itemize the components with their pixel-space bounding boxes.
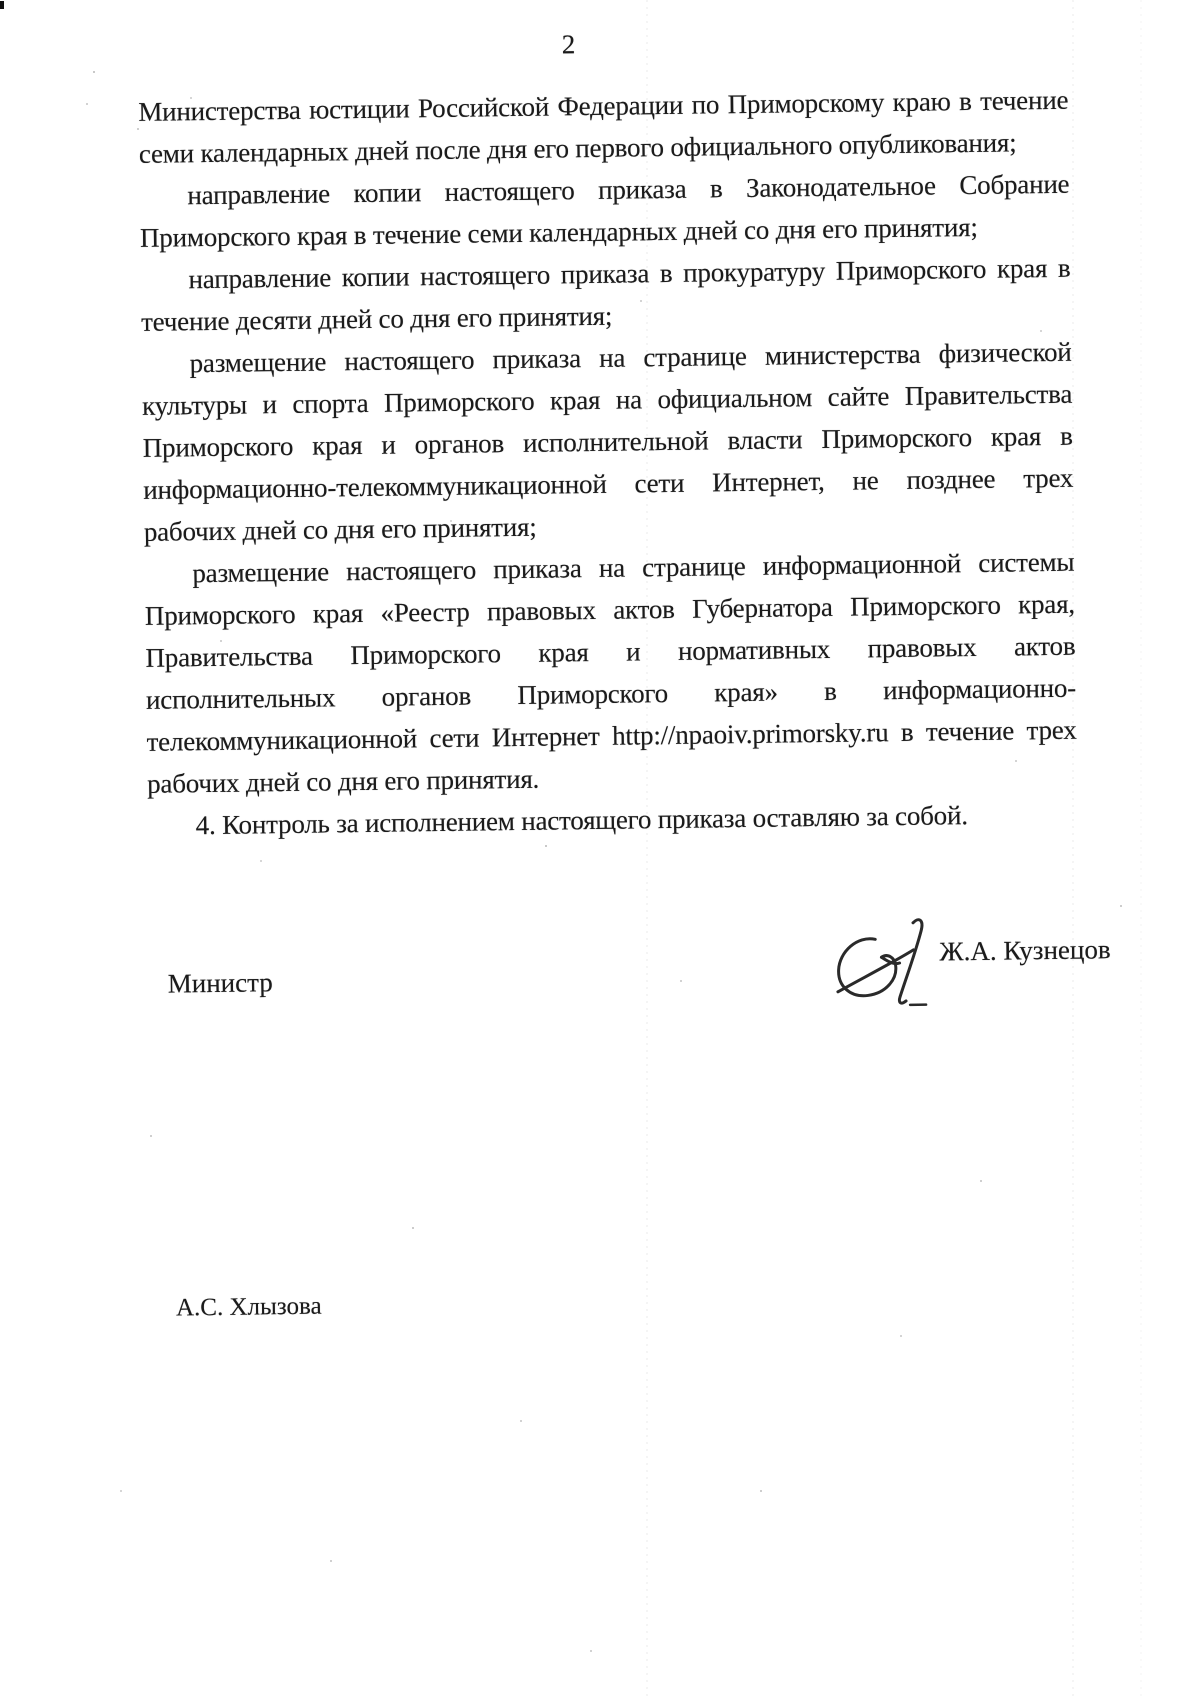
paragraph: Министерства юстиции Российской Федераци…: [138, 79, 1069, 175]
reviewer-name: А.С. Хлызова: [176, 1293, 322, 1323]
paragraph: размещение настоящего приказа на страниц…: [141, 331, 1074, 553]
handwritten-signature-icon: [829, 916, 950, 1010]
signatory-name: Ж.А. Кузнецов: [939, 934, 1111, 967]
scanned-document-page: 2 Министерства юстиции Российской Федера…: [0, 0, 1200, 1698]
paragraph: размещение настоящего приказа на страниц…: [144, 541, 1077, 805]
paragraph: направление копии настоящего приказа в З…: [139, 163, 1070, 259]
minister-label: Министр: [168, 967, 273, 999]
document-paragraphs: Министерства юстиции Российской Федераци…: [138, 79, 1078, 847]
page-number: 2: [0, 22, 1148, 68]
paragraph: направление копии настоящего приказа в п…: [140, 247, 1071, 343]
document-content: 2 Министерства юстиции Российской Федера…: [0, 0, 1200, 1698]
